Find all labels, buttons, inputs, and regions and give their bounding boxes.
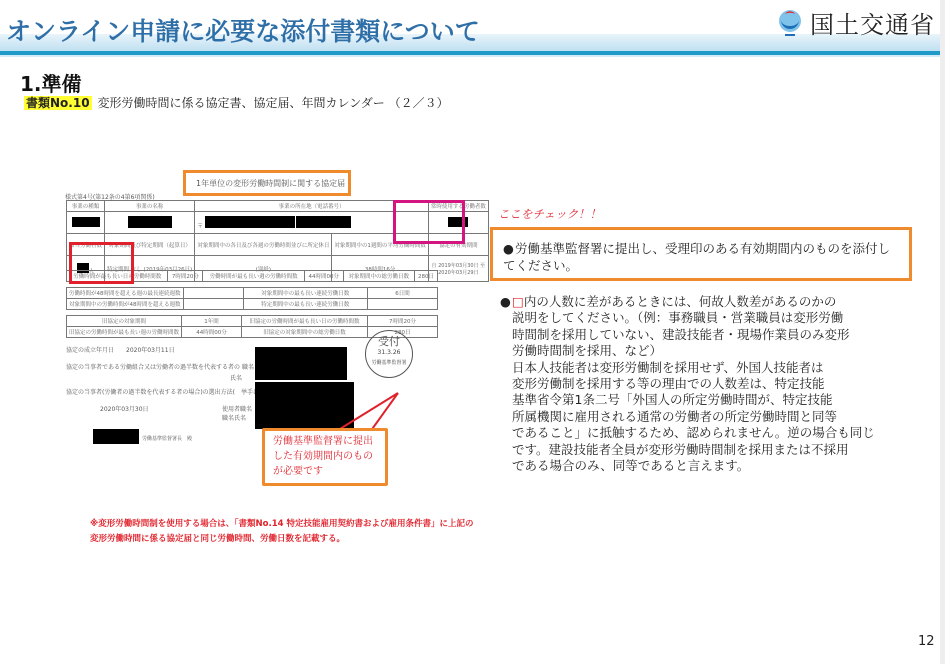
explanation-line: ●□内の人数に差があるときには、何故人数差があるのかの — [500, 294, 900, 310]
explanation-line: です。建設技能者全員が変形労働時間制を採用または不採用 — [500, 442, 900, 458]
explanation-line: 基準省令第1条二号「外国人の所定労働時間が、特定技能 — [500, 392, 900, 408]
callout-box: 労働基準監督署に提出した有効期間内のものが必要です — [262, 428, 388, 486]
selection-method-line: 協定の当事者(労働者の過半数を代表する者の場合)の選出方法( 挙手に — [66, 387, 259, 396]
cell: 対象期間中の労働時間が48時間を超える週数 — [67, 299, 184, 310]
document-line: 書類No.10変形労働時間に係る協定書、協定届、年間カレンダー （２／３） — [24, 94, 449, 111]
label: 協定の当事者である労働組合又は労働者の過半数を代表する者の — [66, 364, 240, 371]
redaction — [128, 216, 172, 228]
slide-title: オンライン申請に必要な添付書類について — [6, 12, 480, 48]
bullet-icon: ● — [503, 240, 515, 257]
cell — [67, 212, 105, 234]
check-label: ここをチェック！！ — [498, 206, 601, 222]
signatory-line: 協定の当事者である労働組合又は労働者の過半数を代表する者の 職名 — [66, 362, 254, 371]
explanation-line: 労働時間制を採用、など） — [500, 343, 900, 359]
cell: 7時間20分 — [368, 316, 438, 327]
cell: 旧協定の労働時間が最も長い日の労働時間数 — [242, 316, 368, 327]
cell: 労働時間が最も長い週の労働時間数 — [203, 271, 304, 282]
mlit-logo: 国土交通省 — [776, 5, 935, 40]
red-highlight-worker-count — [69, 242, 134, 284]
red-square-icon: □ — [512, 294, 524, 309]
redaction — [93, 429, 139, 444]
form-table-weeks: 労働時間が48時間を超える週の最長連続週数 対象期間中の最も長い連続労働日数 6… — [66, 287, 438, 310]
variable-hours-note: ※変形労働時間制を使用する場合は、「書類No.14 特定技能雇用契約書および雇用… — [90, 517, 480, 547]
cell: 対象期間中の最も長い連続労働日数 — [243, 288, 368, 299]
scanned-agreement-form: 1年単位の変形労働時間制に関する協定届 様式第4号(第12条の4第6項関係) 事… — [60, 165, 480, 555]
check-box: ●労働基準監督署に提出し、受理印のある有効期間内のものを添付してください。 — [490, 227, 912, 281]
explanation-line: 説明をしてください。（例：事務職員・営業職員は変形労働 — [500, 310, 900, 326]
cell: 対象期間中の各日及び各週の労働時間並びに所定休日 — [195, 234, 332, 256]
label: 職名氏名 — [222, 413, 246, 422]
cell: 1年間 — [182, 316, 242, 327]
office-label: 労働基準監督署長 殿 — [142, 435, 192, 442]
value: 2020年03月11日 — [126, 347, 175, 354]
cell: 旧協定の対象期間中の総労働日数 — [242, 327, 368, 338]
right-edge — [940, 0, 945, 664]
stamp-bottom: 労働基準監督署 — [371, 360, 406, 366]
explanation-line: である場合のみ、同等であると言えます。 — [500, 458, 900, 474]
page-number: 12 — [918, 634, 935, 649]
header-divider-light — [0, 55, 945, 57]
slide-header: オンライン申請に必要な添付書類について 国土交通省 — [0, 0, 945, 52]
line-text: 内の人数に差があるときには、何故人数差があるのかの — [524, 294, 837, 309]
cell: 7時間20分 — [168, 271, 203, 282]
cell: 旧協定の労働時間が最も長い週の労働時間数 — [67, 327, 182, 338]
cell: 事業の種類 — [67, 201, 105, 212]
label: 協定の成立年月日 — [66, 347, 114, 354]
document-title: 変形労働時間に係る協定書、協定届、年間カレンダー （２／３） — [98, 96, 449, 110]
cell: 労働時間が48時間を超える週の最長連続週数 — [67, 288, 184, 299]
form-title: 1年単位の変形労働時間制に関する協定届 — [183, 170, 351, 196]
cell — [183, 299, 243, 310]
redaction — [205, 216, 295, 228]
label: 職名 — [242, 364, 254, 371]
explanation-line: 変形労働制を採用する等の理由での人数差は、特定技能 — [500, 376, 900, 392]
bullet-icon: ● — [500, 294, 512, 310]
agreement-date: 協定の成立年月日 2020年03月11日 — [66, 345, 175, 354]
mlit-logo-icon — [776, 8, 804, 38]
cell: 特定期間中の最も長い連続労働日数 — [243, 299, 368, 310]
stamp-date: 31.3.26 — [378, 349, 401, 356]
pink-highlight-employee-count — [393, 200, 465, 244]
cell: 280日 — [415, 271, 438, 282]
receipt-stamp: 受付 31.3.26 労働基準監督署 — [365, 330, 413, 378]
redaction — [255, 347, 347, 380]
redaction — [296, 216, 351, 228]
explanation-line: 日本人技能者は変形労働制を採用せず、外国人技能者は — [500, 360, 900, 376]
check-text: 労働基準監督署に提出し、受理印のある有効期間内のものを添付してください。 — [503, 241, 890, 273]
cell — [105, 212, 195, 234]
cell: 対象期間中の総労働日数 — [343, 271, 414, 282]
cell: 44時間00分 — [304, 271, 343, 282]
cell: 旧協定の対象期間 — [67, 316, 182, 327]
sign-date: 2020年03月30日 — [100, 404, 149, 413]
label: 使用者職名 — [222, 404, 252, 413]
cell: 事業の名称 — [105, 201, 195, 212]
explanation: ●□内の人数に差があるときには、何故人数差があるのかの 説明をしてください。（例… — [500, 294, 900, 474]
explanation-line: であること」に抵触するため、認められません。逆の場合も同じ — [500, 425, 900, 441]
stamp-top: 受付 — [366, 336, 412, 348]
logo-text: 国土交通省 — [810, 5, 935, 40]
postal-mark: 〒 — [197, 224, 203, 230]
explanation-line: 所属機関に雇用される通常の労働者の所定労働時間と同等 — [500, 409, 900, 425]
label: 氏名 — [230, 373, 242, 382]
redaction — [72, 217, 100, 227]
label: 協定の当事者(労働者の過半数を代表する者の場合)の選出方法( — [66, 389, 235, 396]
cell — [368, 299, 438, 310]
section-heading: 1.準備 — [20, 68, 82, 97]
cell: 6日間 — [368, 288, 438, 299]
document-number-tag: 書類No.10 — [24, 96, 92, 110]
cell: 44時間00分 — [182, 327, 242, 338]
explanation-line: 時間制を採用していない、建設技能者・現場作業員のみ変形 — [500, 327, 900, 343]
cell — [183, 288, 243, 299]
